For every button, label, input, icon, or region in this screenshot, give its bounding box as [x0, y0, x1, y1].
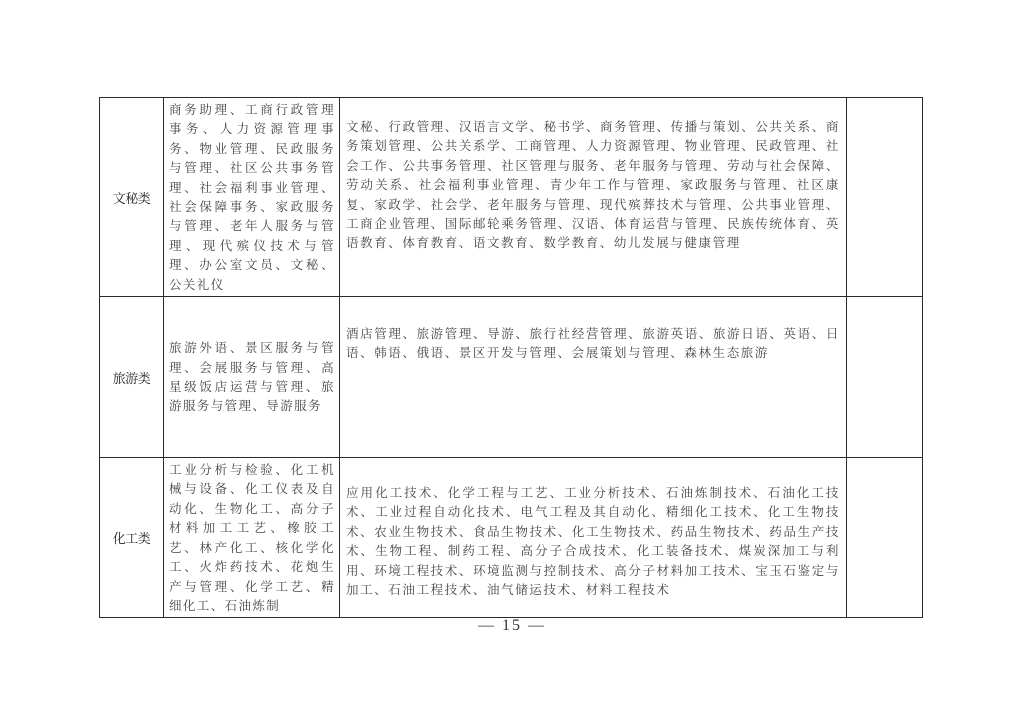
table-row: 化工类 工业分析与检验、化工机械与设备、化工仪表及自动化、生物化工、高分子材料加… [100, 458, 923, 618]
table-row: 文秘类 商务助理、工商行政管理事务、人力资源管理事务、物业管理、民政服务与管理、… [100, 98, 923, 297]
undergraduate-majors-cell: 酒店管理、旅游管理、导游、旅行社经营管理、旅游英语、旅游日语、英语、日语、韩语、… [340, 297, 847, 458]
document-page: 文秘类 商务助理、工商行政管理事务、人力资源管理事务、物业管理、民政服务与管理、… [0, 0, 1024, 724]
remarks-cell [847, 297, 923, 458]
undergraduate-majors-cell: 文秘、行政管理、汉语言文学、秘书学、商务管理、传播与策划、公共关系、商务策划管理… [340, 98, 847, 297]
remarks-cell [847, 458, 923, 618]
undergraduate-majors-cell: 应用化工技术、化学工程与工艺、工业分析技术、石油炼制技术、石油化工技术、工业过程… [340, 458, 847, 618]
major-category-table: 文秘类 商务助理、工商行政管理事务、人力资源管理事务、物业管理、民政服务与管理、… [99, 97, 923, 618]
higher-vocational-majors-cell: 工业分析与检验、化工机械与设备、化工仪表及自动化、生物化工、高分子材料加工工艺、… [164, 458, 340, 618]
higher-vocational-majors-cell: 旅游外语、景区服务与管理、会展服务与管理、高星级饭店运营与管理、旅游服务与管理、… [164, 297, 340, 458]
page-number: — 15 — [0, 617, 1024, 635]
category-cell: 化工类 [100, 458, 164, 618]
category-cell: 文秘类 [100, 98, 164, 297]
remarks-cell [847, 98, 923, 297]
category-cell: 旅游类 [100, 297, 164, 458]
higher-vocational-majors-cell: 商务助理、工商行政管理事务、人力资源管理事务、物业管理、民政服务与管理、社区公共… [164, 98, 340, 297]
table-row: 旅游类 旅游外语、景区服务与管理、会展服务与管理、高星级饭店运营与管理、旅游服务… [100, 297, 923, 458]
